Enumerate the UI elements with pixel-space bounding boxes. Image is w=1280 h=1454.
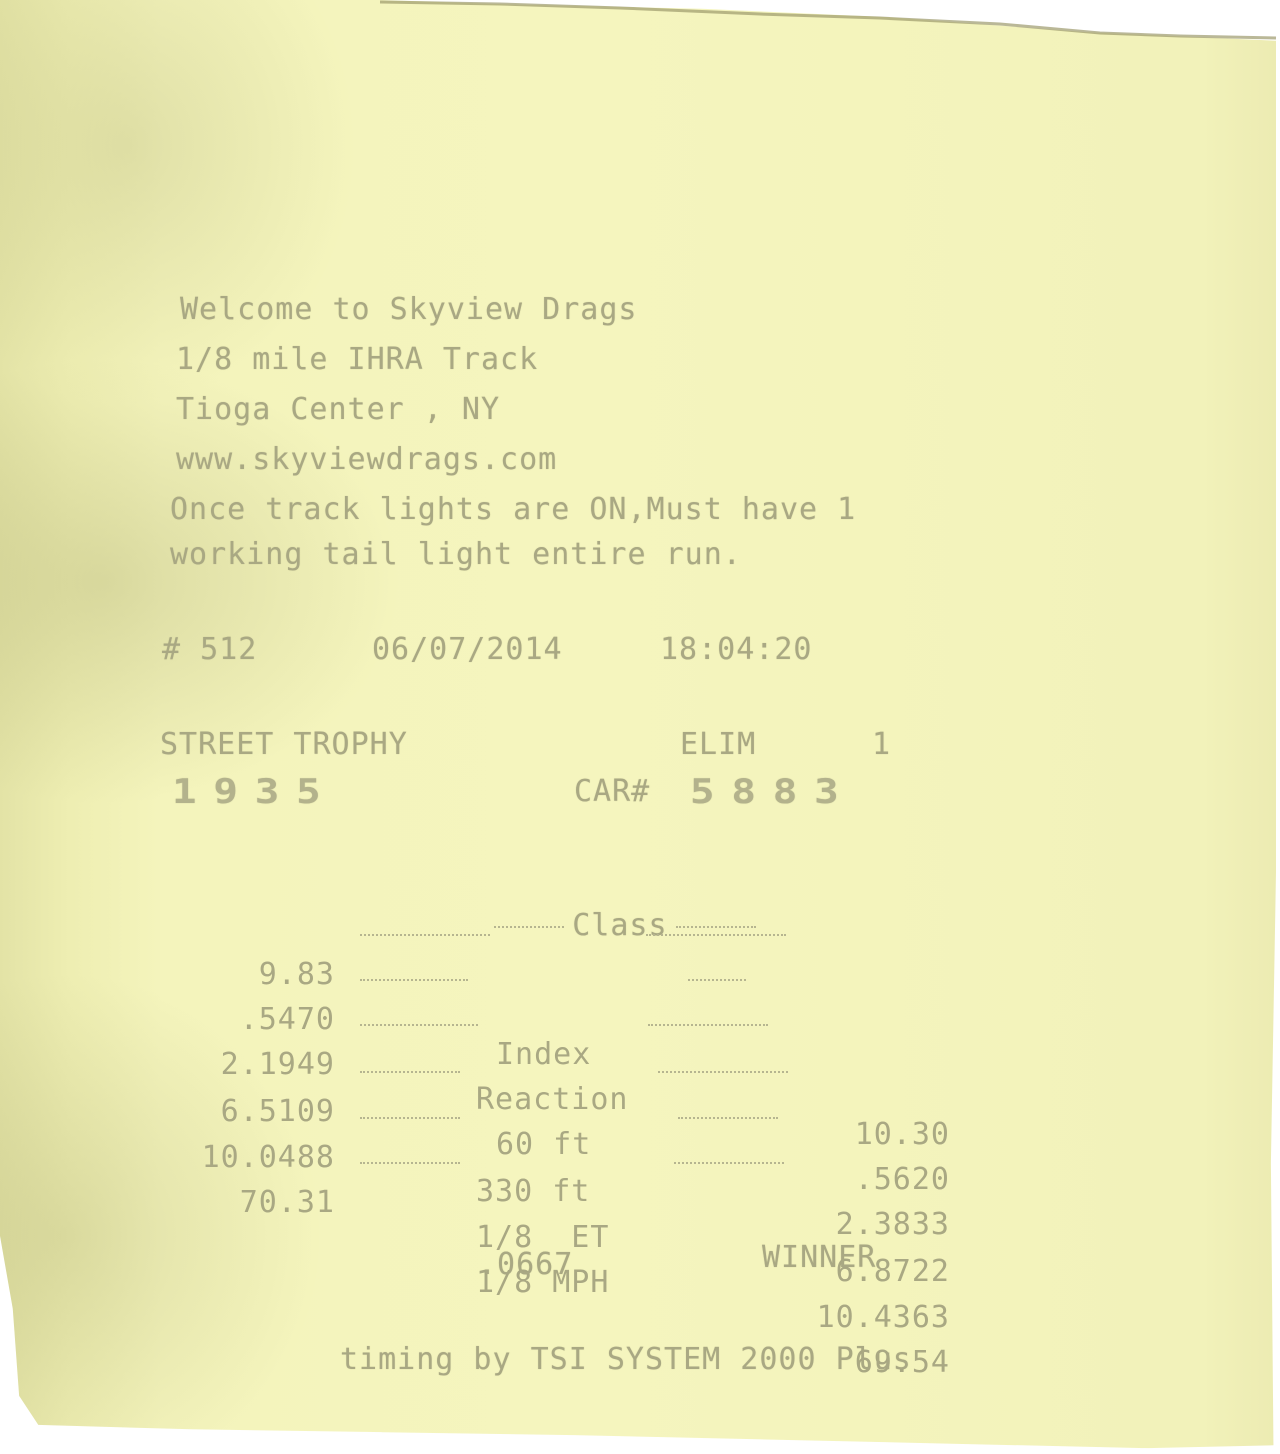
drag-race-timeslip: Welcome to Skyview Drags 1/8 mile IHRA T… <box>0 0 1280 1454</box>
class-name: STREET TROPHY <box>160 725 408 765</box>
left-value: 70.31 <box>240 1183 335 1223</box>
winning-margin: .0667 <box>478 1245 573 1285</box>
separator <box>360 1162 460 1164</box>
notice-line-2: working tail light entire run. <box>170 535 742 575</box>
table-row-eighth-mph: 70.31 1/8 MPH 69.54 <box>0 1143 1280 1183</box>
timing-footer: timing by TSI SYSTEM 2000 Plus <box>340 1340 912 1380</box>
run-time: 18:04:20 <box>660 630 813 670</box>
right-car-number: 5883 <box>690 772 855 812</box>
welcome-text: Welcome to Skyview Drags <box>180 290 637 330</box>
car-label: CAR# <box>574 772 650 812</box>
elim-round: 1 <box>872 725 891 765</box>
website-text: www.skyviewdrags.com <box>176 440 557 480</box>
separator <box>360 979 468 981</box>
separator <box>360 934 490 936</box>
separator <box>678 1117 778 1119</box>
table-row-eighth-et: 10.0488 1/8 ET 10.4363 <box>0 1098 1280 1138</box>
separator <box>674 1162 784 1164</box>
separator <box>360 1117 460 1119</box>
elim-label: ELIM <box>680 725 756 765</box>
separator <box>648 1024 768 1026</box>
separator <box>658 1071 788 1073</box>
run-date: 06/07/2014 <box>372 630 563 670</box>
table-row-index: 9.83 Index 10.30 <box>0 915 1280 955</box>
location-text: Tioga Center , NY <box>176 390 500 430</box>
ticket-number: # 512 <box>162 630 257 670</box>
left-car-number: 1935 <box>172 772 337 812</box>
result-status: WINNER <box>762 1238 876 1278</box>
table-row-60ft: 2.1949 60 ft 2.3833 <box>0 1005 1280 1045</box>
separator <box>360 1071 460 1073</box>
right-value: 10.4363 <box>817 1298 950 1338</box>
separator <box>646 934 786 936</box>
table-row-330ft: 6.5109 330 ft 6.8722 <box>0 1052 1280 1092</box>
separator <box>360 1024 478 1026</box>
notice-line-1: Once track lights are ON,Must have 1 <box>170 490 856 530</box>
table-row-reaction: .5470 Reaction .5620 <box>0 960 1280 1000</box>
track-type-text: 1/8 mile IHRA Track <box>176 340 538 380</box>
separator <box>688 979 746 981</box>
